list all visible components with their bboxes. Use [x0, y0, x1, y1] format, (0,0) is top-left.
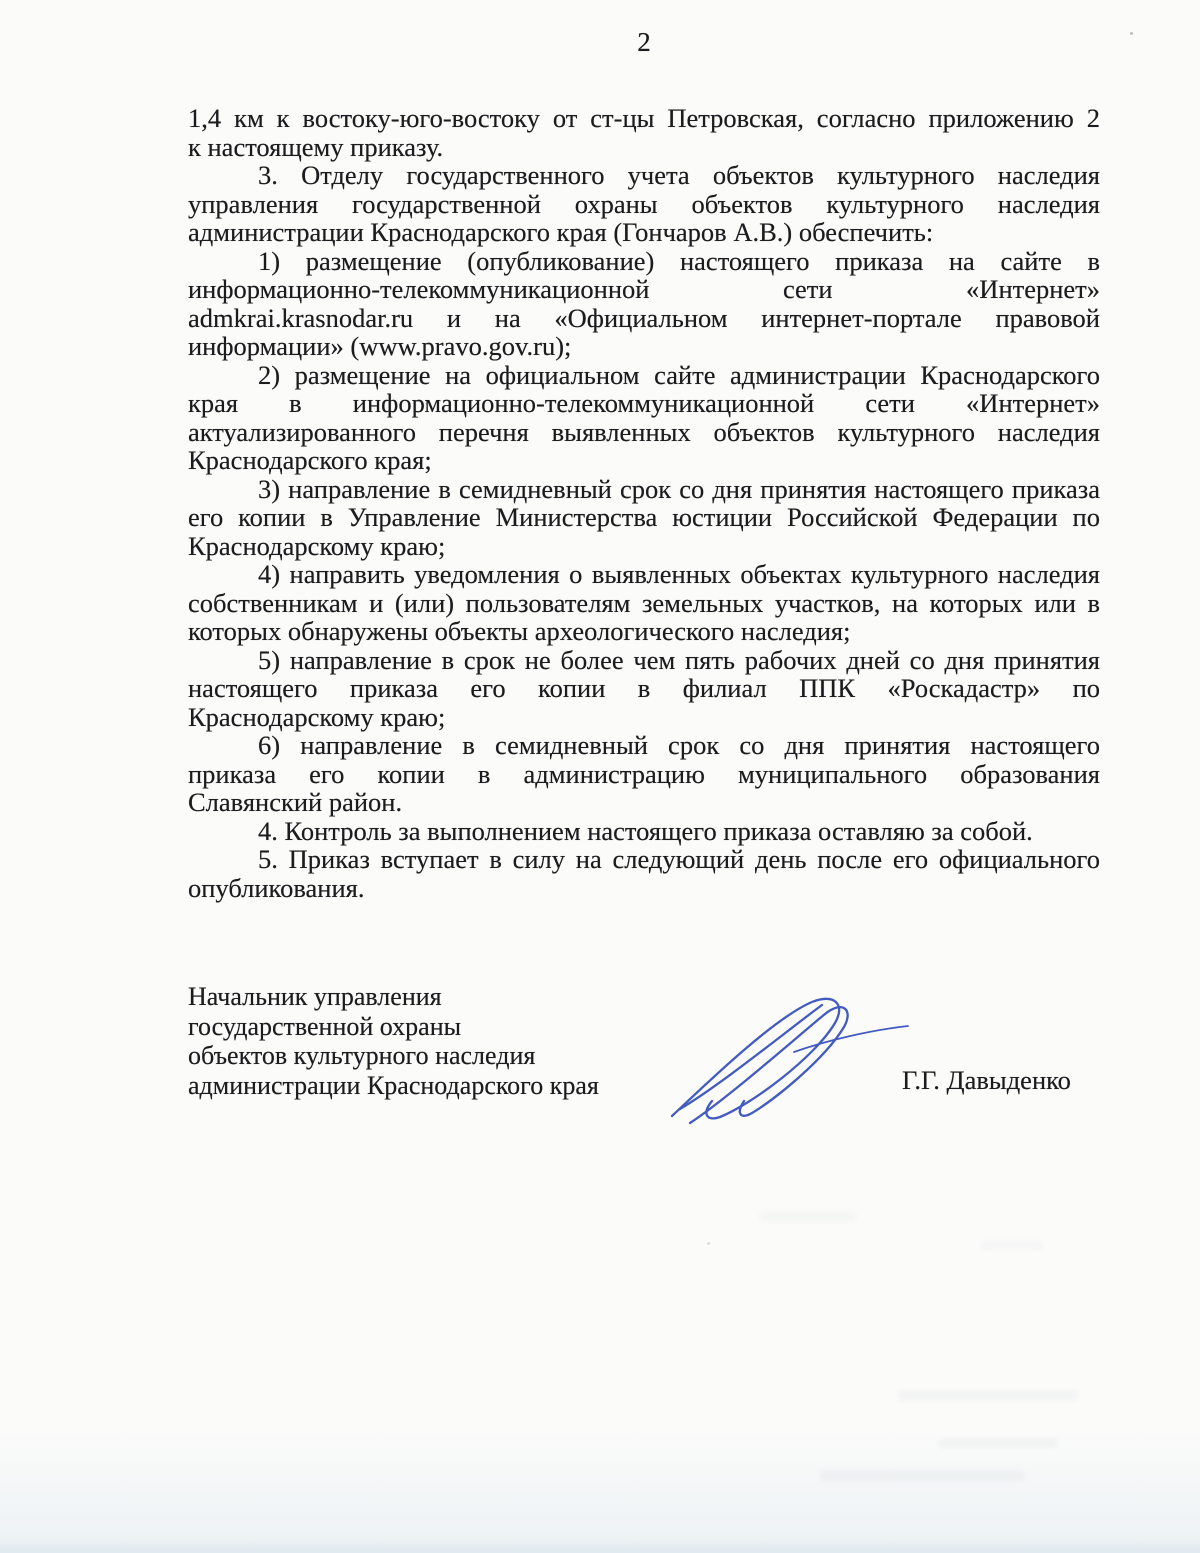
text-line: 3. Отделу государственного учета объекто… [188, 161, 1100, 190]
paragraph: 1,4 км к востоку-юго-востоку от ст-цы Пе… [188, 104, 1100, 161]
paragraph: 3) направление в семидневный срок со дня… [188, 475, 1100, 561]
paragraph: 3. Отделу государственного учета объекто… [188, 161, 1100, 247]
text-line: края в информационно-телекоммуникационно… [188, 389, 1100, 418]
document-page: 2 1,4 км к востоку-юго-востоку от ст-цы … [0, 0, 1200, 1553]
text-line: 5) направление в срок не более чем пять … [188, 646, 1100, 675]
document-body: 1,4 км к востоку-юго-востоку от ст-цы Пе… [188, 104, 1100, 902]
text-line: информации» (www.pravo.gov.ru); [188, 332, 1100, 361]
text-line: к настоящему приказу. [188, 133, 1100, 162]
text-line: Краснодарского края; [188, 446, 1100, 475]
signature-title-line: администрации Краснодарского края [188, 1071, 708, 1101]
scan-speck [707, 1242, 710, 1245]
paragraph: 6) направление в семидневный срок со дня… [188, 731, 1100, 817]
text-line: опубликования. [188, 874, 1100, 903]
text-line: Краснодарскому краю; [188, 703, 1100, 732]
text-line: 4) направить уведомления о выявленных об… [188, 560, 1100, 589]
scan-bleedthrough-smudge [898, 1390, 1078, 1401]
text-line: 5. Приказ вступает в силу на следующий д… [188, 845, 1100, 874]
text-line: admkrai.krasnodar.ru и на «Официальном и… [188, 304, 1100, 333]
text-line: Краснодарскому краю; [188, 532, 1100, 561]
scan-bleedthrough-smudge [980, 1242, 1042, 1250]
text-line: 3) направление в семидневный срок со дня… [188, 475, 1100, 504]
signature-stroke [680, 1005, 822, 1109]
signer-name: Г.Г. Давыденко [902, 1065, 1071, 1095]
text-line: настоящего приказа его копии в филиал ПП… [188, 674, 1100, 703]
text-line: администрации Краснодарского края (Гонча… [188, 218, 1100, 247]
text-line: актуализированного перечня выявленных об… [188, 418, 1100, 447]
text-line: Славянский район. [188, 788, 1100, 817]
text-line: собственникам и (или) пользователям земе… [188, 589, 1100, 618]
paragraph: 4. Контроль за выполнением настоящего пр… [188, 817, 1100, 846]
text-line: информационно-телекоммуникационной сети … [188, 275, 1100, 304]
scan-bleedthrough-smudge [938, 1438, 1058, 1448]
signature-title-block: Начальник управлениягосударственной охра… [188, 982, 708, 1100]
signature-title-line: объектов культурного наследия [188, 1041, 708, 1071]
text-line: 4. Контроль за выполнением настоящего пр… [188, 817, 1100, 846]
text-line: 1,4 км к востоку-юго-востоку от ст-цы Пе… [188, 104, 1100, 133]
scan-bleedthrough-smudge [760, 1212, 856, 1221]
paragraph: 5) направление в срок не более чем пять … [188, 646, 1100, 732]
signature-stroke [690, 1007, 848, 1123]
text-line: управления государственной охраны объект… [188, 190, 1100, 219]
signature-stroke [794, 1026, 908, 1052]
signature-title-line: Начальник управления [188, 982, 708, 1012]
paragraph: 4) направить уведомления о выявленных об… [188, 560, 1100, 646]
page-number: 2 [188, 27, 1100, 57]
signature-title-line: государственной охраны [188, 1012, 708, 1042]
paragraph: 1) размещение (опубликование) настоящего… [188, 247, 1100, 361]
text-line: его копии в Управление Министерства юсти… [188, 503, 1100, 532]
text-line: 1) размещение (опубликование) настоящего… [188, 247, 1100, 276]
paragraph: 5. Приказ вступает в силу на следующий д… [188, 845, 1100, 902]
text-line: 6) направление в семидневный срок со дня… [188, 731, 1100, 760]
text-line: 2) размещение на официальном сайте админ… [188, 361, 1100, 390]
paragraph: 2) размещение на официальном сайте админ… [188, 361, 1100, 475]
text-line: которых обнаружены объекты археологическ… [188, 617, 1100, 646]
scan-speck [1130, 32, 1133, 35]
scan-bleedthrough-smudge [820, 1470, 1025, 1481]
signature-stroke [672, 999, 839, 1119]
text-line: приказа его копии в администрацию муници… [188, 760, 1100, 789]
signature-scribble [656, 992, 918, 1130]
